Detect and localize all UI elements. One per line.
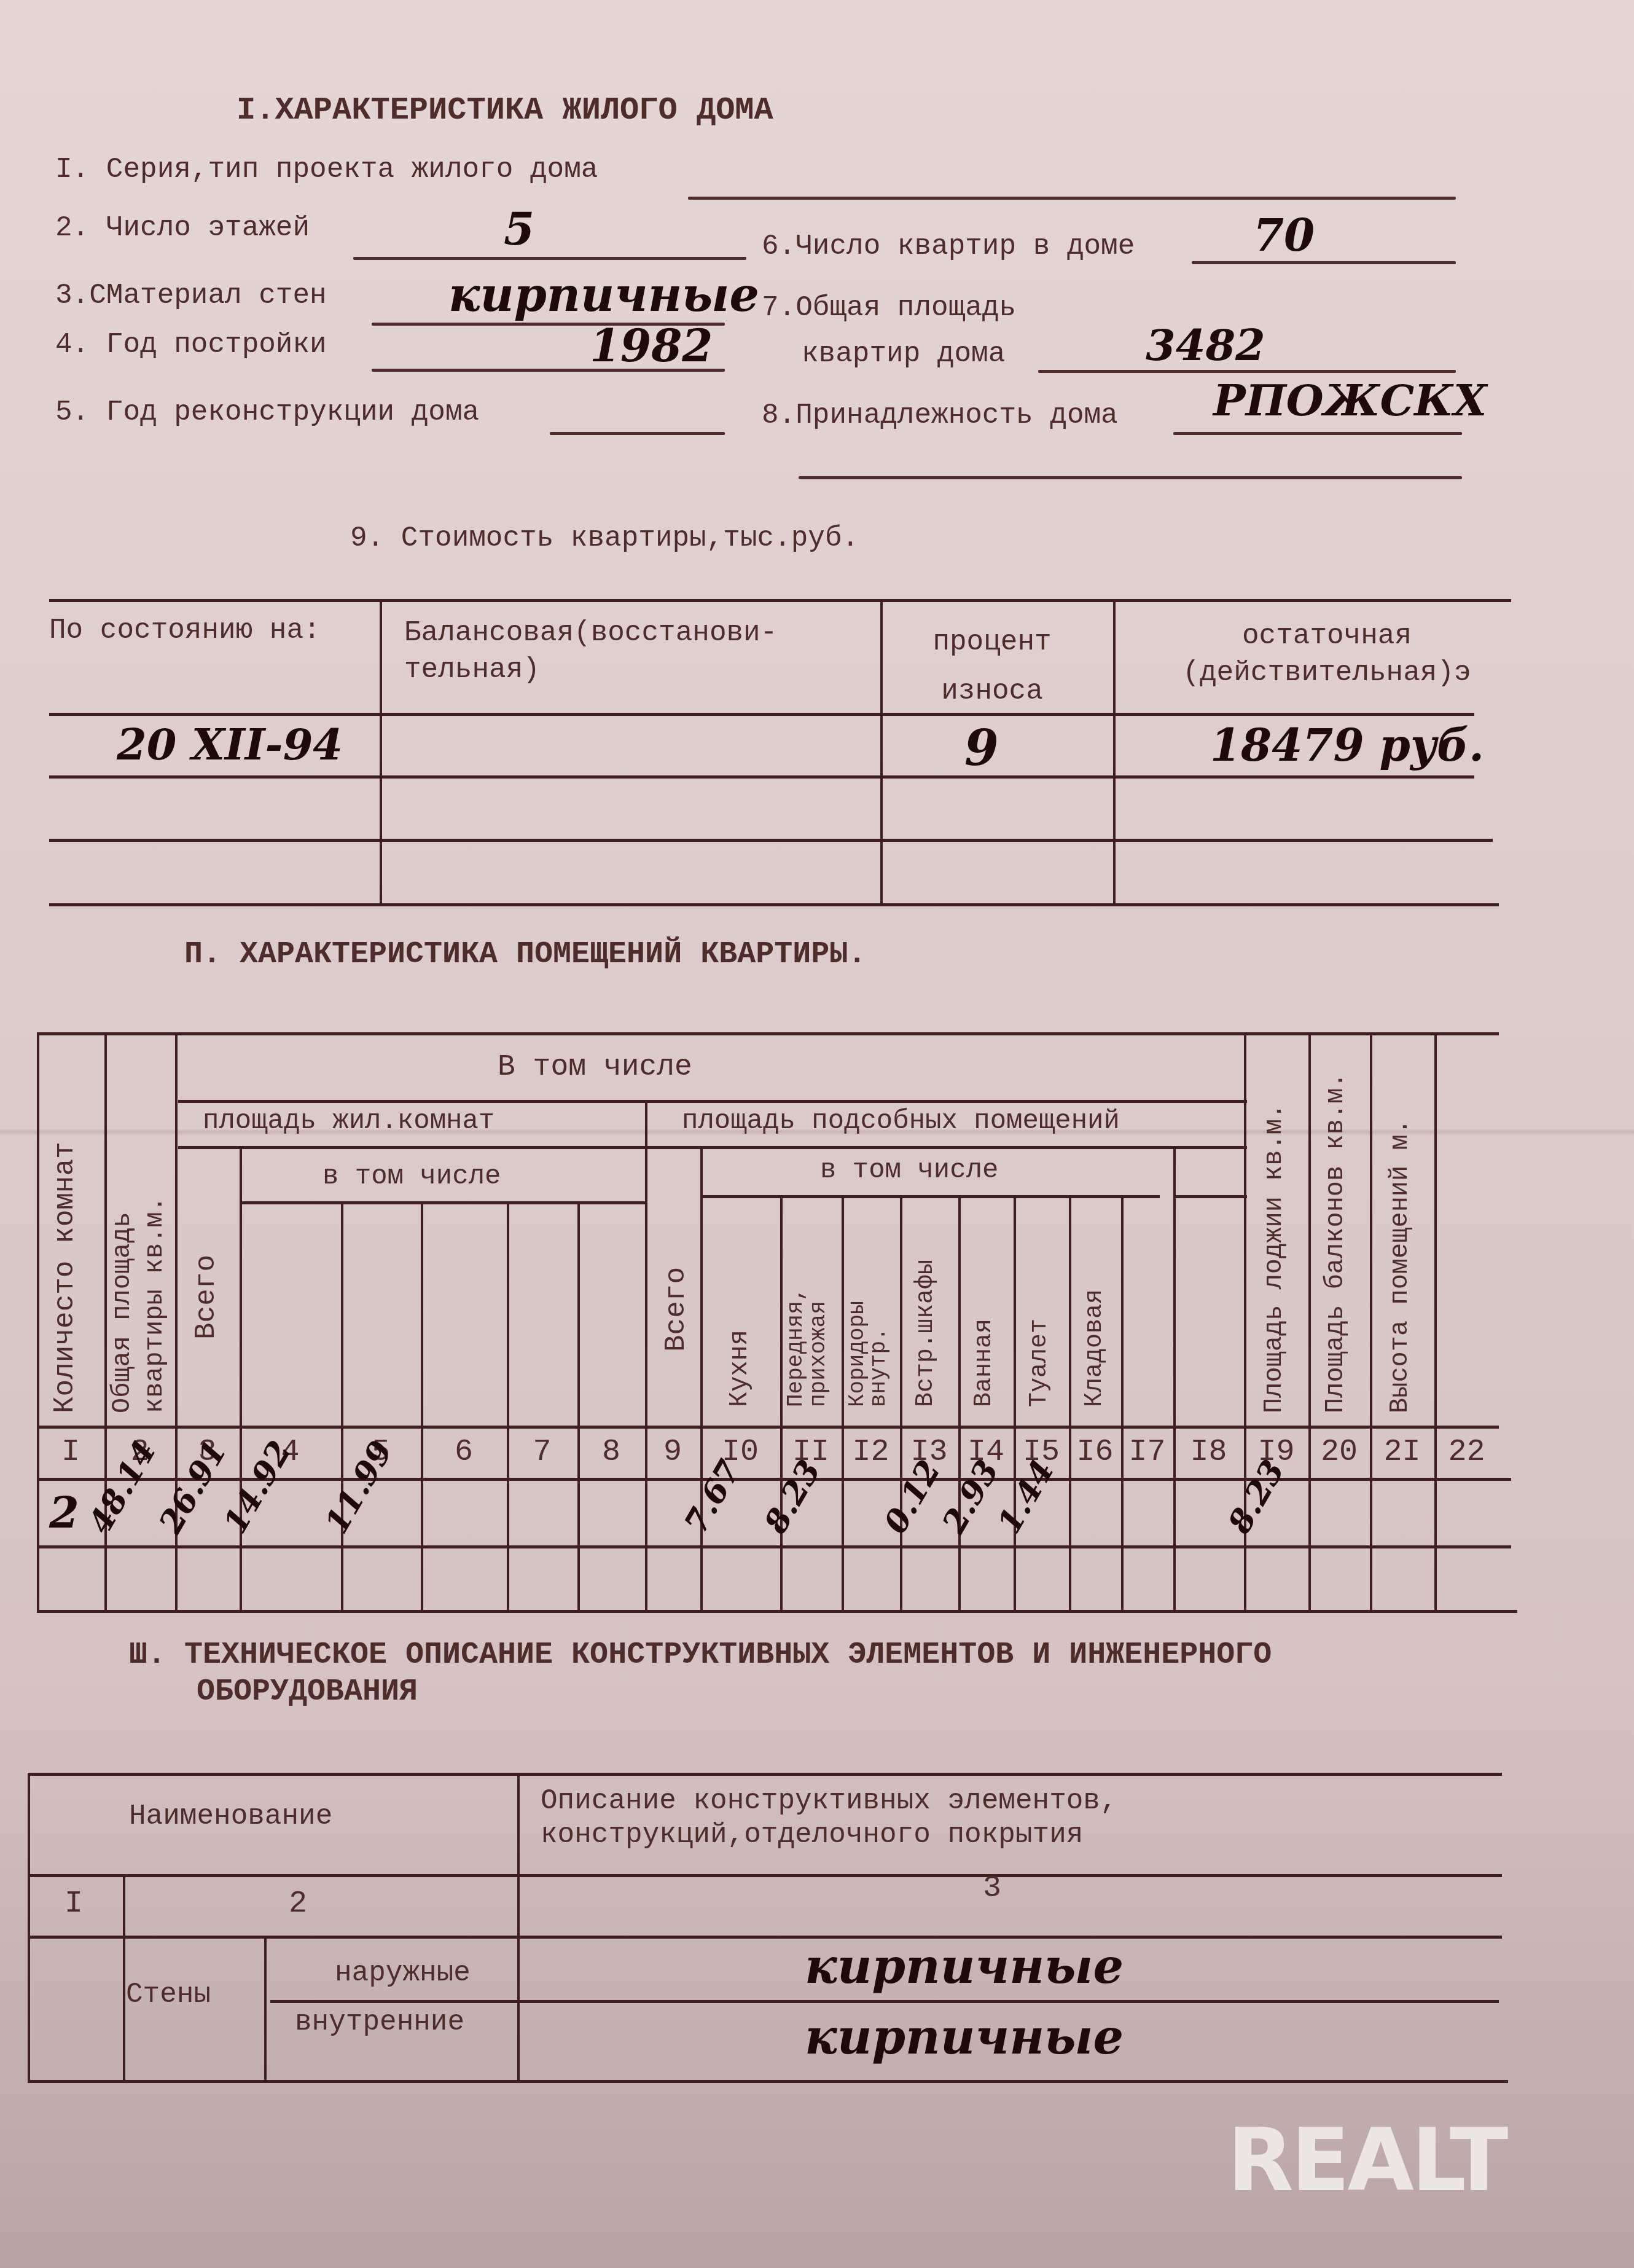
ownership-value: РПОЖСКХ	[1213, 375, 1487, 426]
apartments-count-label: 6.Число квартир в доме	[762, 230, 1135, 262]
total-area-value: 3482	[1146, 320, 1265, 371]
reconstruction-year-line	[550, 432, 725, 435]
walls-external-label: наружные	[335, 1957, 471, 1989]
build-year-label: 4. Год постройки	[55, 329, 327, 361]
cost-residual-value: 18479 руб.	[1210, 719, 1484, 771]
column-number: I6	[1069, 1435, 1121, 1470]
wall-material-label: 3.СМатериал стен	[55, 280, 327, 312]
column-number: 9	[645, 1435, 700, 1470]
tech-header-name: Наименование	[129, 1800, 332, 1832]
col-bathroom: Ванная	[971, 1247, 998, 1407]
column-number: 22	[1434, 1435, 1499, 1470]
cost-wear-value: 9	[964, 719, 999, 777]
tech-col-num-2: 2	[289, 1886, 307, 1921]
apartments-count-value: 70	[1253, 209, 1315, 261]
tech-header-desc-2: конструкций,отделочного покрытия	[541, 1819, 1083, 1851]
ownership-line-2	[799, 476, 1462, 479]
col-toilet: Туалет	[1026, 1247, 1053, 1407]
floors-line	[353, 257, 746, 260]
cost-date-value: 20 XII-94	[117, 719, 343, 770]
header-including: В том числе	[498, 1051, 692, 1084]
cost-header-date: По состоянию на:	[49, 614, 321, 646]
header-aux-including: в том числе	[820, 1155, 998, 1186]
total-area-label-2: квартир дома	[802, 338, 1005, 370]
column-number: I2	[842, 1435, 900, 1470]
walls-label: Стены	[126, 1979, 211, 2011]
column-number: 6	[421, 1435, 507, 1470]
col-closets: Встр.шкафы	[912, 1204, 940, 1407]
wall-material-value: кирпичные	[448, 267, 759, 322]
col-hall-b: прихожая	[806, 1204, 831, 1407]
col-rooms-count: Количесто комнат	[49, 1069, 81, 1413]
apartments-count-line	[1192, 261, 1456, 264]
header-aux-area: площадь подсобных помещений	[682, 1106, 1120, 1137]
ownership-label: 8.Принадлежность дома	[762, 399, 1118, 431]
col-total-area-a: Общая площадь	[107, 1124, 137, 1413]
col-living-total: Всего	[190, 1167, 222, 1340]
col-ceiling-height: Высота помещений м.	[1385, 1045, 1415, 1413]
col-hall-a: Передняя,	[783, 1204, 808, 1407]
column-number: I	[37, 1435, 104, 1470]
series-line	[688, 197, 1456, 200]
walls-internal-label: внутренние	[295, 2006, 464, 2038]
floors-label: 2. Число этажей	[55, 212, 310, 244]
col-total-area-b: квартиры кв.м.	[140, 1124, 170, 1413]
room-cell-value: 2	[49, 1487, 79, 1538]
walls-external-value: кирпичные	[805, 1939, 1124, 1995]
tech-col-num-3: 3	[983, 1871, 1001, 1906]
column-number: I8	[1173, 1435, 1244, 1470]
cost-header-balance: Балансовая(восстанови- тельная)	[404, 614, 777, 688]
column-number: 8	[577, 1435, 645, 1470]
series-label: I. Серия,тип проекта жилого дома	[55, 154, 598, 186]
col-loggia-area: Площадь лоджии кв.м.	[1259, 1045, 1289, 1413]
cost-header-residual: остаточная (действительная)э	[1155, 618, 1499, 691]
section3-title-1: Ш. ТЕХНИЧЕСКОЕ ОПИСАНИЕ КОНСТРУКТИВНЫХ Э…	[129, 1638, 1272, 1673]
realt-watermark-logo: REALT	[1227, 2111, 1506, 2211]
column-number: 20	[1308, 1435, 1370, 1470]
column-number: I7	[1121, 1435, 1173, 1470]
col-aux-total: Всего	[660, 1167, 692, 1352]
column-number: 2I	[1370, 1435, 1434, 1470]
build-year-line	[372, 369, 725, 372]
floors-value: 5	[504, 203, 534, 255]
total-area-label-1: 7.Общая площадь	[762, 292, 1016, 324]
header-living-including: в том числе	[322, 1161, 501, 1192]
col-kitchen: Кухня	[725, 1229, 754, 1407]
header-living-area: площадь жил.комнат	[203, 1106, 495, 1137]
tech-header-desc-1: Описание конструктивных элементов,	[541, 1785, 1117, 1817]
col-balcony-area: Площадь балконов кв.м.	[1321, 1038, 1350, 1413]
build-year-value: 1982	[590, 320, 713, 372]
walls-internal-value: кирпичные	[805, 2009, 1124, 2065]
tech-col-num-1: I	[64, 1886, 83, 1921]
ownership-line	[1173, 432, 1462, 435]
cost-title: 9. Стоимость квартиры,тыс.руб.	[350, 522, 859, 554]
col-storage: Кладовая	[1081, 1223, 1109, 1407]
reconstruction-year-label: 5. Год реконструкции дома	[55, 396, 479, 428]
column-number: 7	[507, 1435, 577, 1470]
section2-title: П. ХАРАКТЕРИСТИКА ПОМЕЩЕНИЙ КВАРТИРЫ.	[184, 937, 866, 972]
section3-title-2: ОБОРУДОВАНИЯ	[197, 1674, 418, 1709]
cost-header-wear: процент износа	[900, 618, 1084, 716]
col-corridor-b: внутр.	[866, 1204, 891, 1407]
total-area-line	[1038, 370, 1456, 373]
section1-title: I.ХАРАКТЕРИСТИКА ЖИЛОГО ДОМА	[237, 92, 773, 128]
